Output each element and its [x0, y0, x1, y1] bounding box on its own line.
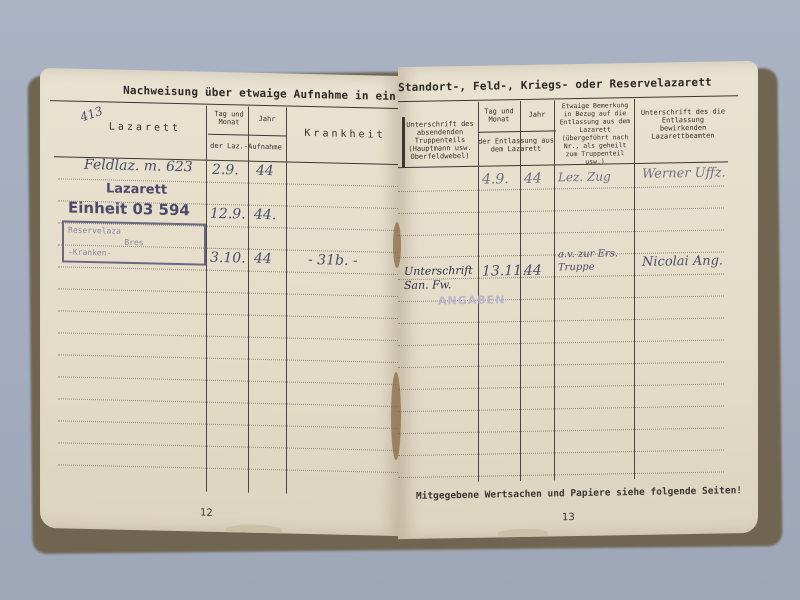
row-line: [398, 471, 724, 478]
stamp-box-line: -Kranken-: [68, 247, 200, 261]
header-entlassung: der Entlassung aus dem Lazarett: [478, 136, 554, 153]
row-line: [58, 354, 400, 363]
spine-stain: [393, 222, 401, 268]
spine-stain: [391, 372, 401, 460]
header-bemerkung: Etwaige Bemerkung in Bezug auf die Entla…: [556, 101, 634, 166]
header-jahr: Jahr: [250, 115, 284, 124]
header-tag-monat: Tag und Monat: [478, 107, 520, 124]
row-line: [58, 398, 400, 407]
entry-tag-1: 2.9.: [212, 162, 239, 179]
header-krankheit: Krankheit: [290, 130, 400, 140]
page-number-left: 12: [200, 508, 213, 519]
row-line: [398, 339, 724, 346]
header-unterschrift-truppenteil: Unterschrift des absendenden Truppenteil…: [402, 120, 478, 161]
col-line: [554, 100, 555, 480]
col-line: [286, 107, 287, 493]
row-line: [398, 207, 724, 214]
header-aufnahme: der Laz.-Aufnahme: [208, 142, 284, 152]
row-line: [398, 361, 724, 368]
faded-stamp: ANGABEN: [438, 293, 505, 307]
row-line: [398, 449, 724, 456]
entry-tag-3: 13.11.: [482, 263, 527, 280]
header-split-rule: [478, 130, 556, 132]
col-line: [634, 99, 635, 479]
table-top-rule: [398, 95, 738, 102]
entry-lazarett-1: Feldlaz. m. 623: [84, 157, 193, 175]
header-tag-monat: Tag und Monat: [208, 110, 250, 127]
entry-tag-1: 4.9.: [482, 171, 509, 187]
entry-beamter-1: Werner Uffz.: [642, 165, 726, 181]
header-lazarett: Lazarett: [100, 123, 190, 133]
entry-jahr-1: 44: [256, 163, 274, 179]
margin-note: 413: [78, 104, 104, 125]
entry-bemerkung-1: Lez. Zug: [558, 169, 611, 184]
entry-jahr-2: 44.: [254, 207, 276, 224]
footer-note: Mitgegebene Wertsachen und Papiere siehe…: [416, 485, 742, 502]
col-line: [520, 101, 521, 481]
left-page: Nachweisung über etwaige Aufnahme in ein…: [40, 68, 400, 536]
row-line: [58, 420, 400, 429]
stamp-einheit: Einheit 03 594: [68, 199, 190, 220]
row-line: [58, 288, 400, 297]
entry-tag-2: 12.9.: [210, 206, 246, 223]
col-line: [248, 107, 249, 493]
row-line: [58, 464, 400, 473]
entry-jahr-1: 44: [524, 171, 542, 187]
row-line: [58, 442, 400, 451]
stamp-lazarett: Lazarett: [106, 181, 167, 197]
entry-beamter-3: Nicolai Ang.: [642, 253, 723, 269]
row-line: [58, 310, 400, 319]
entry-bemerkung-3: a.v. zur Ers. Truppe: [558, 247, 634, 274]
title-right: Standort-, Feld-, Kriegs- oder Reservela…: [398, 76, 712, 94]
title-left: Nachweisung über etwaige Aufnahme in ein: [123, 84, 396, 103]
entry-jahr-3: 44: [524, 263, 542, 279]
col-line: [478, 102, 479, 482]
row-line: [398, 427, 724, 434]
stamp-reservelazarett: Reservelaza Bres -Kranken-: [62, 220, 206, 265]
entry-krankheit-3: - 31b. -: [308, 252, 358, 269]
col-line: [206, 106, 207, 492]
row-line: [58, 376, 400, 385]
entry-unterschrift-3: Unterschrift San. Fw.: [404, 264, 474, 293]
row-line: [398, 185, 724, 192]
header-unterschrift-beamter: Unterschrift des die Entlassung bewirken…: [638, 107, 728, 141]
header-jahr: Jahr: [520, 110, 554, 119]
row-line: [398, 383, 724, 390]
row-line: [398, 405, 724, 412]
entry-jahr-3: 44: [254, 251, 272, 267]
entry-tag-3: 3.10.: [210, 250, 246, 267]
page-number-right: 13: [562, 512, 575, 523]
page-tear: [498, 529, 548, 538]
header-split-rule: [208, 134, 286, 137]
row-line: [398, 229, 724, 236]
row-line: [398, 317, 724, 324]
right-page: Standort-, Feld-, Kriegs- oder Reservela…: [398, 61, 758, 539]
row-line: [58, 332, 400, 341]
